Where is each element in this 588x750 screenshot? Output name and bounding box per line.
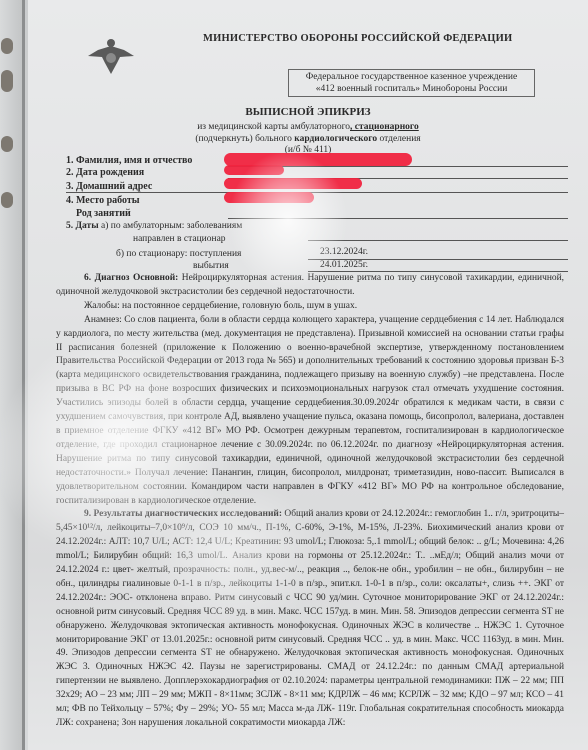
field-occupation-label: Род занятий xyxy=(76,208,131,219)
discharge-label: выбытия xyxy=(193,261,229,271)
field-workplace-label: 4. Место работы xyxy=(66,195,140,206)
diagnosis-label: 6. Диагноз Основной: xyxy=(84,273,178,283)
anamnesis: Анамнез: Со слов пациента, боли в област… xyxy=(56,314,564,509)
binder-hole-strip xyxy=(0,0,25,750)
field-birth-date-label: 2. Дата рождения xyxy=(66,167,144,178)
redaction-mark xyxy=(224,192,314,203)
complaints: Жалобы: на постоянное сердцебиение, голо… xyxy=(56,300,564,314)
field-rule xyxy=(66,192,568,193)
field-full-name-label: 1. Фамилия, имя и отчество xyxy=(66,155,192,166)
diagnosis: 6. Диагноз Основной: Нейроциркуляторная … xyxy=(56,272,564,300)
field-referred-label: направлен в стационар xyxy=(133,234,226,244)
field-rule xyxy=(308,240,568,241)
field-address-label: 3. Домашний адрес xyxy=(66,181,152,192)
epicrisis-body: 6. Диагноз Основной: Нейроциркуляторная … xyxy=(56,272,564,731)
diagnostic-results: 9. Результаты диагностических исследован… xyxy=(56,508,564,731)
document-page: МИНИСТЕРСТВО ОБОРОНЫ РОССИЙСКОЙ ФЕДЕРАЦИ… xyxy=(28,0,588,750)
admission-date: 23.12.2024г. xyxy=(320,247,368,257)
results-label: 9. Результаты диагностических исследован… xyxy=(84,509,282,519)
inpatient-underlined: , стационарного xyxy=(350,122,419,132)
binder-hole-icon xyxy=(1,70,13,92)
discharge-date: 24.01.2025г. xyxy=(320,260,368,270)
ministry-heading: МИНИСТЕРСТВО ОБОРОНЫ РОССИЙСКОЙ ФЕДЕРАЦИ… xyxy=(203,33,512,44)
department-name: кардиологического xyxy=(294,134,377,144)
document-subtitle-1: из медицинской карты амбулаторного, стац… xyxy=(28,121,588,133)
binder-hole-icon xyxy=(1,192,13,208)
double-headed-eagle-emblem-icon xyxy=(88,36,134,76)
field-dates: 5. Даты а) по амбулаторным: заболеваниям xyxy=(66,221,242,231)
binder-hole-icon xyxy=(1,136,13,152)
document-title: ВЫПИСНОЙ ЭПИКРИЗ xyxy=(28,106,588,118)
redaction-mark xyxy=(224,165,284,175)
binder-hole-icon xyxy=(1,38,13,54)
redaction-mark xyxy=(224,178,362,189)
institution-line-2: «412 военный госпиталь» Минобороны Росси… xyxy=(289,83,534,95)
institution-box: Федеральное государственное казенное учр… xyxy=(288,69,535,97)
institution-line-1: Федеральное государственное казенное учр… xyxy=(289,71,534,83)
admission-label: б) по стационару: поступления xyxy=(116,249,241,259)
field-rule xyxy=(228,218,568,219)
